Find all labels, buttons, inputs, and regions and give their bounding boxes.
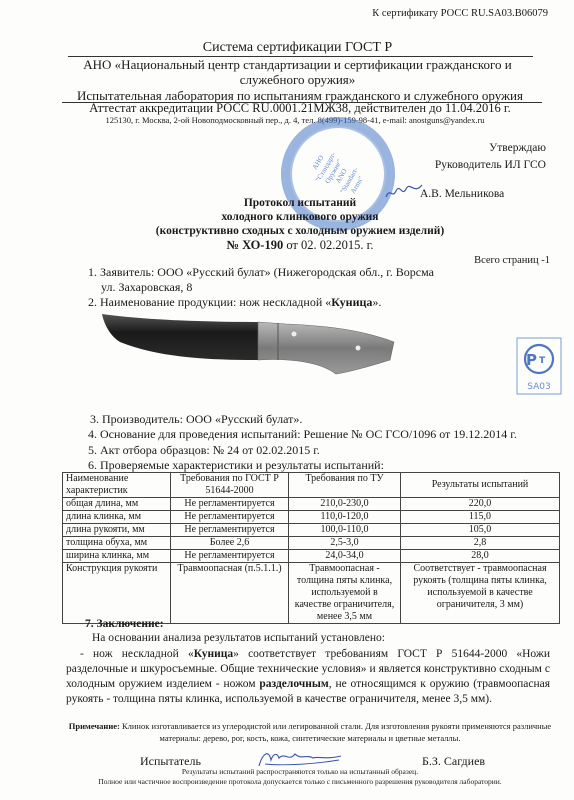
- footer-line: Результаты испытаний распространяются то…: [40, 767, 560, 777]
- table-cell: Травмоопасная - толщина пяты клинка, исп…: [289, 563, 401, 624]
- rst-certification-mark-icon: P T SA03: [516, 337, 562, 395]
- product-prefix: 2. Наименование продукции: нож нескладно…: [88, 295, 331, 309]
- approval-label: Утверждаю: [396, 140, 546, 157]
- footer-line: Полное или частичное воспроизведение про…: [40, 777, 560, 787]
- approval-position: Руководитель ИЛ ГСО: [396, 157, 546, 174]
- table-cell: Конструкция рукояти: [63, 563, 171, 624]
- table-cell: 100,0-110,0: [289, 524, 401, 537]
- column-header: Наименование характеристик: [63, 473, 171, 498]
- table-cell: Не регламентируется: [171, 511, 289, 524]
- item-manufacturer: 3. Производитель: ООО «Русский булат».: [90, 412, 302, 427]
- certificate-reference: К сертификату РОСС RU.SA03.B06079: [0, 8, 548, 19]
- table-cell: длина клинка, мм: [63, 511, 171, 524]
- product-name: Куница: [331, 295, 372, 309]
- table-row: ширина клинка, ммНе регламентируется24,0…: [63, 550, 560, 563]
- conclusion-product-name: Куница: [194, 648, 233, 660]
- column-header: Требования по ГОСТ Р 51644-2000: [171, 473, 289, 498]
- table-cell: 220,0: [401, 498, 560, 511]
- column-header: Результаты испытаний: [401, 473, 560, 498]
- table-header-row: Наименование характеристик Требования по…: [63, 473, 560, 498]
- table-cell: 110,0-120,0: [289, 511, 401, 524]
- approval-block: Утверждаю Руководитель ИЛ ГСО: [396, 140, 546, 174]
- table-cell: общая длина, мм: [63, 498, 171, 511]
- knife-photo-icon: [100, 312, 400, 382]
- protocol-date: от 02. 02.2015. г.: [283, 238, 373, 252]
- note-text: Клинок изготавливается из углеродистой и…: [120, 721, 551, 743]
- conclusion-text: - нож нескладной «Куница» соответствует …: [66, 647, 550, 707]
- table-cell: 2,5-3,0: [289, 537, 401, 550]
- table-row: длина рукояти, ммНе регламентируется100,…: [63, 524, 560, 537]
- table-cell: Более 2,6: [171, 537, 289, 550]
- table-cell: Соответствует - травмоопасная рукоять (т…: [401, 563, 560, 624]
- table-cell: 28,0: [401, 550, 560, 563]
- table-cell: толщина обуха, мм: [63, 537, 171, 550]
- svg-text:T: T: [539, 356, 546, 366]
- item-applicant: 1. Заявитель: ООО «Русский булат» (Нижег…: [88, 265, 434, 280]
- table-cell: длина рукояти, мм: [63, 524, 171, 537]
- accreditation-line: Аттестат аккредитации РОСС RU.0001.21МЖ3…: [60, 101, 540, 116]
- product-suffix: ».: [372, 295, 381, 309]
- rst-code: SA03: [527, 382, 551, 392]
- certification-system-title: Система сертификации ГОСТ Р: [60, 40, 535, 56]
- table-cell: ширина клинка, мм: [63, 550, 171, 563]
- table-cell: 115,0: [401, 511, 560, 524]
- conclusion-knife-type: разделочным: [259, 678, 328, 690]
- table-row: длина клинка, ммНе регламентируется110,0…: [63, 511, 560, 524]
- svg-text:P: P: [526, 351, 537, 369]
- note: Примечание: Клинок изготавливается из уг…: [60, 720, 560, 744]
- table-cell: 105,0: [401, 524, 560, 537]
- table-row: Конструкция рукоятиТравмоопасная (п.5.1.…: [63, 563, 560, 624]
- item-sampling-act: 5. Акт отбора образцов: № 24 от 02.02.20…: [88, 443, 320, 458]
- organization-name: АНО «Национальный центр стандартизации и…: [60, 57, 535, 87]
- table-row: толщина обуха, ммБолее 2,62,5-3,02,8: [63, 537, 560, 550]
- note-label: Примечание:: [69, 721, 120, 731]
- column-header: Требования по ТУ: [289, 473, 401, 498]
- protocol-title-line: холодного клинкового оружия: [100, 210, 500, 224]
- table-cell: 24,0-34,0: [289, 550, 401, 563]
- item-checked-characteristics: 6. Проверяемые характеристики и результа…: [88, 458, 384, 473]
- table-cell: 210,0-230,0: [289, 498, 401, 511]
- table-cell: Не регламентируется: [171, 498, 289, 511]
- protocol-number-line: № ХО-190 от 02. 02.2015. г.: [100, 238, 500, 252]
- table-cell: Травмоопасная (п.5.1.1.): [171, 563, 289, 624]
- table-cell: Не регламентируется: [171, 550, 289, 563]
- protocol-title-line: Протокол испытаний: [100, 196, 500, 210]
- footer: Результаты испытаний распространяются то…: [40, 767, 560, 787]
- item-basis: 4. Основание для проведения испытаний: Р…: [88, 427, 517, 442]
- address-line: 125130, г. Москва, 2-ой Новоподмосковный…: [40, 115, 550, 125]
- protocol-title: Протокол испытаний холодного клинкового …: [100, 196, 500, 252]
- item-product: 2. Наименование продукции: нож нескладно…: [88, 295, 381, 310]
- conclusion-intro: На основании анализа результатов испытан…: [92, 632, 385, 644]
- conclusion-part: - нож нескладной «: [80, 648, 194, 660]
- protocol-number: № ХО-190: [227, 238, 284, 252]
- table-cell: Не регламентируется: [171, 524, 289, 537]
- conclusion-title: 7. Заключение:: [85, 618, 164, 630]
- protocol-title-line: (конструктивно сходных с холодным оружие…: [100, 224, 500, 238]
- table-row: общая длина, ммНе регламентируется210,0-…: [63, 498, 560, 511]
- item-applicant-address: ул. Захаровская, 8: [101, 280, 192, 295]
- table-cell: 2,8: [401, 537, 560, 550]
- results-table: Наименование характеристик Требования по…: [62, 472, 560, 624]
